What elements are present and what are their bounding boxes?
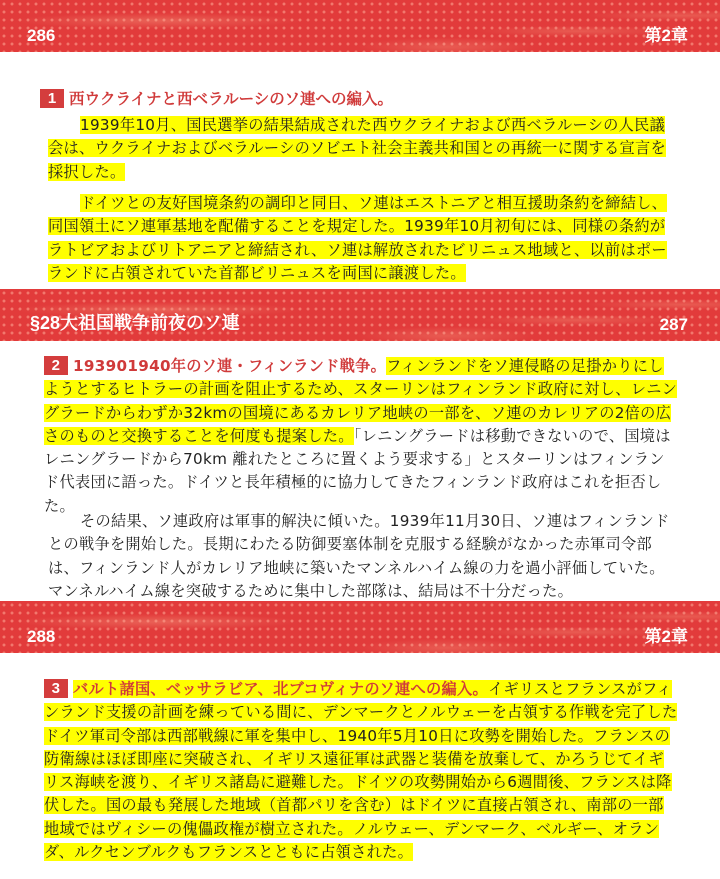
paragraph: その結果、ソ連政府は軍事的解決に傾いた。1939年11月30日、ソ連はフィンラン… bbox=[48, 510, 676, 603]
section-title: §28大祖国戦争前夜のソ連 bbox=[30, 309, 240, 335]
paragraph: 1939年10月、国民選挙の結果結成された西ウクライナおよび西ベラルーシの人民議… bbox=[48, 114, 676, 184]
chapter-label: 第2章 bbox=[645, 622, 688, 647]
page-number: 288 bbox=[27, 627, 55, 647]
body-text: その結果、ソ連政府は軍事的解決に傾いた。1939年11月30日、ソ連はフィンラン… bbox=[48, 512, 670, 600]
section-number-badge: 3 bbox=[44, 679, 68, 698]
paragraph: 2193901940年のソ連・フィンランド戦争。フィンランドをソ連侵略の足掛かり… bbox=[44, 355, 678, 518]
page-number: 287 bbox=[660, 315, 688, 335]
section-heading-text: 193901940年のソ連・フィンランド戦争。 bbox=[73, 357, 386, 375]
section-number-badge: 1 bbox=[40, 89, 64, 108]
paragraph: ドイツとの友好国境条約の調印と同日、ソ連はエストニアと相互援助条約を締結し、同国… bbox=[48, 192, 676, 285]
highlighted-text: イギリスとフランスがフィンランド支援の計画を練っている間に、デンマークとノルウェ… bbox=[44, 680, 677, 861]
paragraph: 3バルト諸国、ベッサラビア、北ブコヴィナのソ連への編入。イギリスとフランスがフィ… bbox=[44, 678, 678, 864]
highlighted-text: 1939年10月、国民選挙の結果結成された西ウクライナおよび西ベラルーシの人民議… bbox=[48, 116, 666, 181]
page-header-286: 286 第2章 bbox=[0, 0, 720, 52]
chapter-label: 第2章 bbox=[645, 21, 688, 46]
page-header-288: 288 第2章 bbox=[0, 601, 720, 653]
highlighted-text: ドイツとの友好国境条約の調印と同日、ソ連はエストニアと相互援助条約を締結し、同国… bbox=[48, 194, 667, 282]
page-header-287: §28大祖国戦争前夜のソ連 287 bbox=[0, 289, 720, 341]
section-number-badge: 2 bbox=[44, 356, 68, 375]
section-heading-text: バルト諸国、ベッサラビア、北ブコヴィナのソ連への編入。 bbox=[73, 680, 488, 698]
section-heading-text: 西ウクライナと西ベラルーシのソ連への編入。 bbox=[69, 90, 393, 108]
section-heading-1: 1西ウクライナと西ベラルーシのソ連への編入。 bbox=[40, 87, 393, 109]
page-number: 286 bbox=[27, 26, 55, 46]
